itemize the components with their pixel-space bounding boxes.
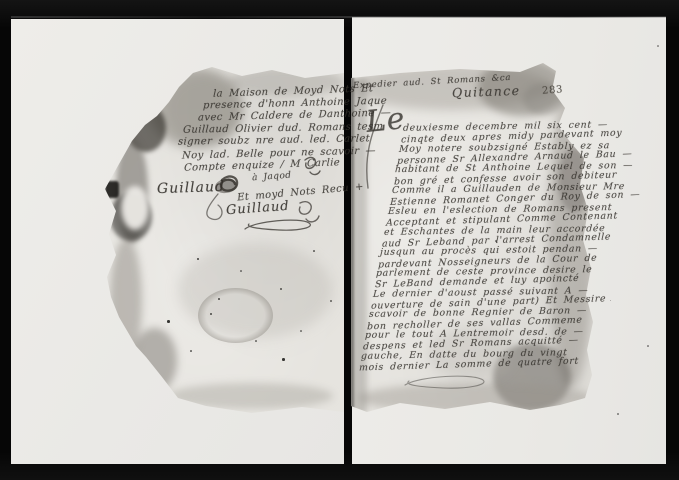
dust-speck [313, 250, 315, 252]
dust-speck [167, 320, 170, 323]
handwriting-layer: Expedier aud. St Romans &ca Quitance 283… [0, 0, 679, 480]
dust-speck [210, 313, 212, 315]
signature-guillaud-1: Guillaud [157, 179, 225, 197]
signature-guillaud-2: Guillaud [226, 199, 291, 218]
dust-speck [197, 258, 199, 260]
page-number: 283 [542, 84, 564, 96]
dust-speck [300, 330, 302, 332]
dust-speck [617, 413, 619, 415]
dust-speck [282, 358, 285, 361]
dust-speck [495, 240, 497, 242]
dust-speck [330, 300, 332, 302]
dust-speck [647, 345, 649, 347]
doc-type-label: Quitance [452, 83, 521, 100]
dust-speck [240, 270, 242, 272]
dust-speck [218, 298, 220, 300]
microfilm-scan: Expedier aud. St Romans &ca Quitance 283… [0, 0, 679, 480]
dust-speck [540, 210, 542, 212]
dust-speck [255, 340, 257, 342]
dust-speck [657, 45, 659, 47]
dust-speck [280, 288, 282, 290]
dust-speck [190, 350, 192, 352]
attestation-line: à Jaqod [252, 171, 292, 184]
